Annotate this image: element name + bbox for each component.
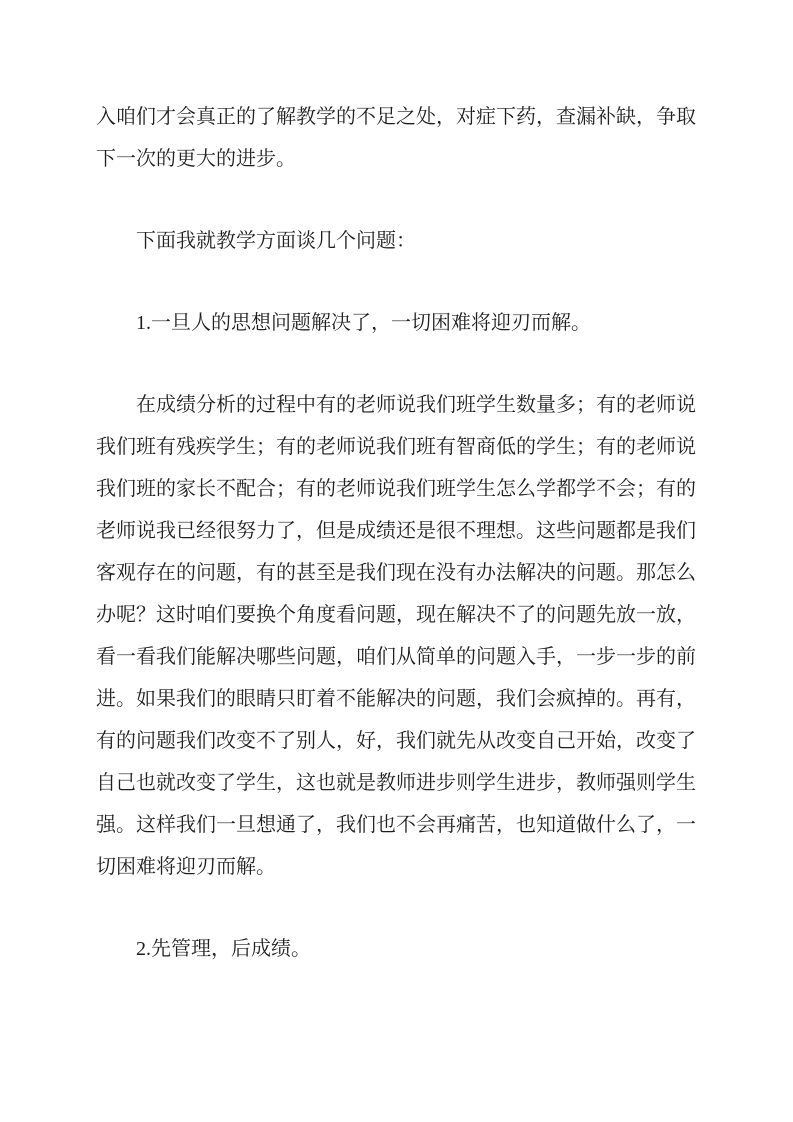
- text-line: 老师说我已经很努力了，但是成绩还是很不理想。这些问题都是我们: [96, 510, 696, 552]
- text-line: 切困难将迎刃而解。: [96, 846, 696, 888]
- text-line: 下面我就教学方面谈几个问题：: [96, 220, 696, 262]
- text-line: 1.一旦人的思想问题解决了，一切困难将迎刃而解。: [96, 302, 696, 344]
- paragraph-continuation: 入咱们才会真正的了解教学的不足之处，对症下药，查漏补缺，争取 下一次的更大的进步…: [96, 96, 696, 180]
- text-line: 看一看我们能解决哪些问题，咱们从简单的问题入手，一步一步的前: [96, 636, 696, 678]
- text-line: 强。这样我们一旦想通了，我们也不会再痛苦，也知道做什么了，一: [96, 804, 696, 846]
- text-line: 下一次的更大的进步。: [96, 138, 696, 180]
- text-line: 客观存在的问题，有的甚至是我们现在没有办法解决的问题。那怎么: [96, 552, 696, 594]
- paragraph-point-1-body: 在成绩分析的过程中有的老师说我们班学生数量多；有的老师说 我们班有残疾学生；有的…: [96, 384, 696, 888]
- paragraph-intro: 下面我就教学方面谈几个问题：: [96, 220, 696, 262]
- text-line: 我们班有残疾学生；有的老师说我们班有智商低的学生；有的老师说: [96, 426, 696, 468]
- text-line: 在成绩分析的过程中有的老师说我们班学生数量多；有的老师说: [96, 384, 696, 426]
- text-line: 办呢？这时咱们要换个角度看问题，现在解决不了的问题先放一放，: [96, 594, 696, 636]
- paragraph-point-2-heading: 2.先管理，后成绩。: [96, 928, 696, 970]
- text-line: 入咱们才会真正的了解教学的不足之处，对症下药，查漏补缺，争取: [96, 96, 696, 138]
- text-line: 有的问题我们改变不了别人，好，我们就先从改变自己开始，改变了: [96, 720, 696, 762]
- paragraph-point-1-heading: 1.一旦人的思想问题解决了，一切困难将迎刃而解。: [96, 302, 696, 344]
- text-line: 2.先管理，后成绩。: [96, 928, 696, 970]
- text-line: 进。如果我们的眼睛只盯着不能解决的问题，我们会疯掉的。再有，: [96, 678, 696, 720]
- text-line: 我们班的家长不配合；有的老师说我们班学生怎么学都学不会；有的: [96, 468, 696, 510]
- document-page: 入咱们才会真正的了解教学的不足之处，对症下药，查漏补缺，争取 下一次的更大的进步…: [0, 0, 793, 1122]
- text-line: 自己也就改变了学生，这也就是教师进步则学生进步，教师强则学生: [96, 762, 696, 804]
